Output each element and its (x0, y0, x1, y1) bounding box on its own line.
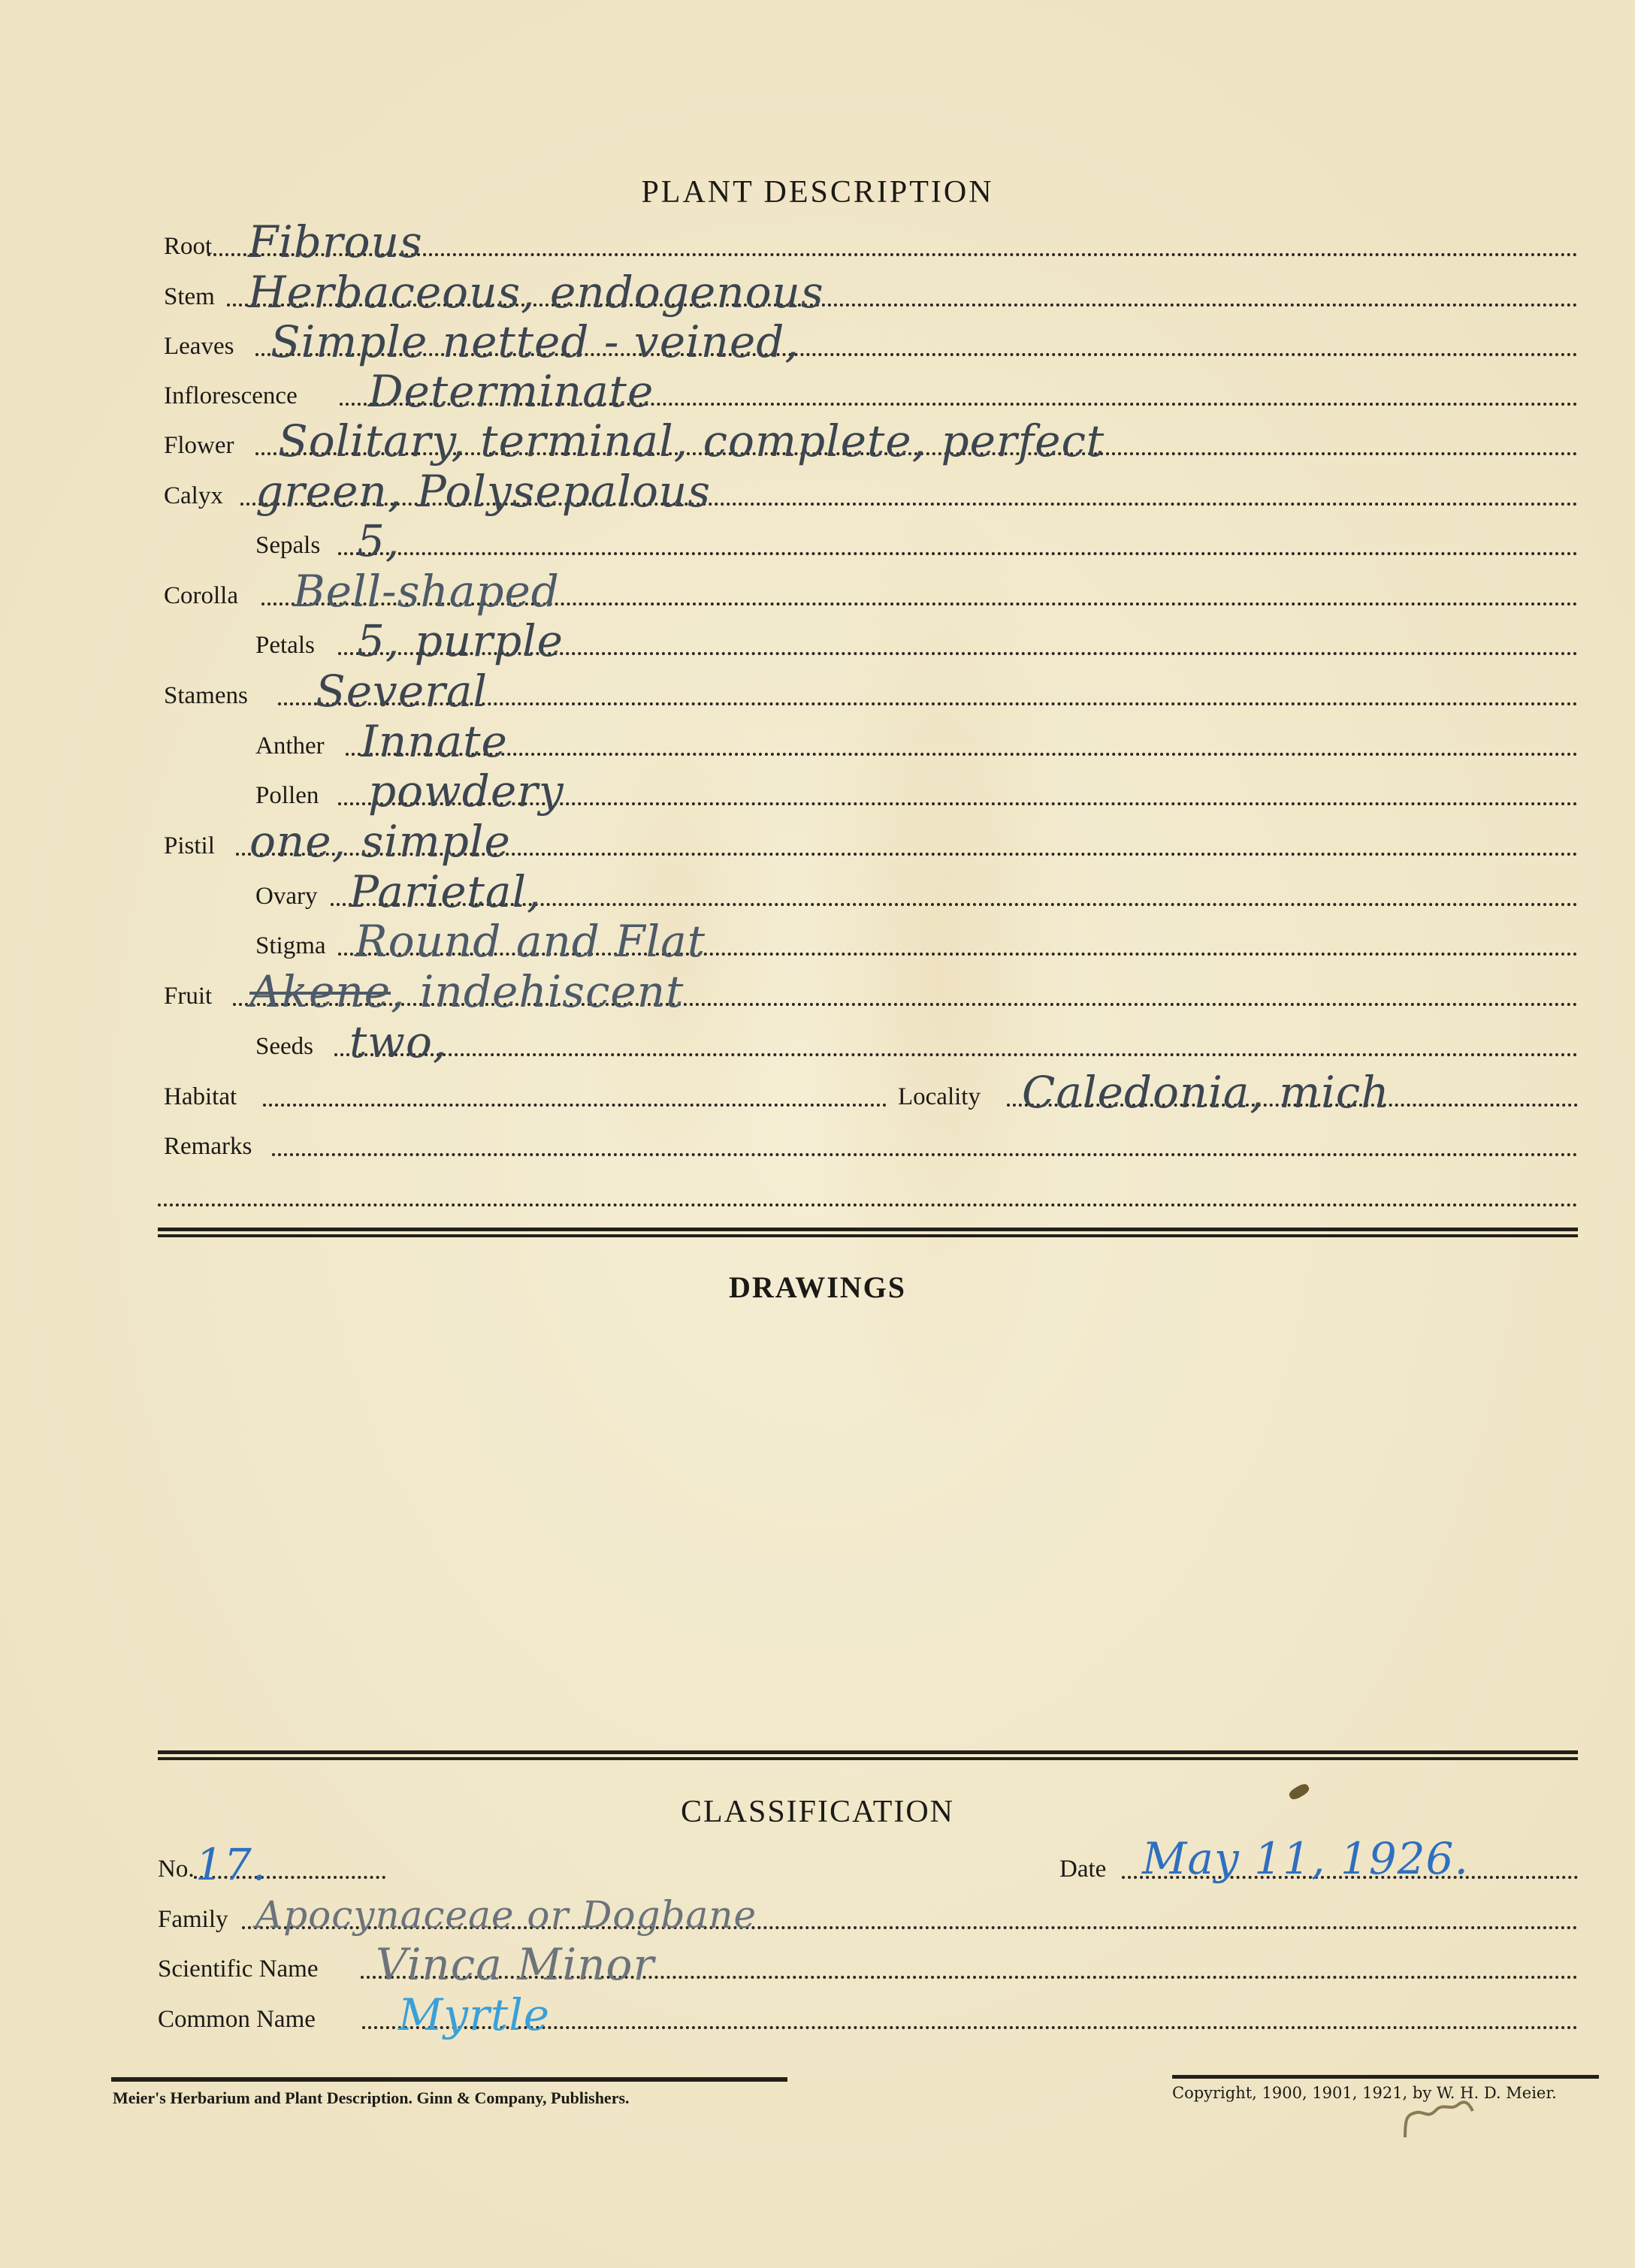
field-family: Family Apocynaceae or Dogbane (158, 1887, 1578, 1932)
field-remarks: Remarks (158, 1114, 1578, 1159)
field-corolla: Corolla Bell-shaped (158, 563, 1578, 609)
struck-out-value: Akene (249, 966, 391, 1017)
field-value[interactable]: Innate (361, 720, 508, 763)
field-inflorescence: Inflorescence Determinate (158, 364, 1578, 409)
field-label: Ovary (255, 884, 317, 909)
drawings-area[interactable] (158, 1322, 1578, 1743)
dotted-line (272, 1153, 1578, 1156)
date-label: Date (1059, 1857, 1106, 1882)
no-value[interactable]: 17. (195, 1843, 267, 1886)
field-value[interactable]: two, (349, 1020, 447, 1064)
field-value[interactable]: 5, (357, 519, 400, 563)
date-value[interactable]: May 11, 1926. (1142, 1837, 1469, 1880)
classification-title: CLASSIFICATION (0, 1794, 1635, 1830)
field-root: Root Fibrous (158, 214, 1578, 259)
field-sepals: Sepals 5, (158, 513, 1578, 558)
footer-rule-left (111, 2077, 787, 2082)
field-value[interactable]: Round and Flat (355, 920, 706, 963)
field-label: Stem (164, 285, 215, 310)
field-value[interactable]: Akene, indehiscent (249, 970, 684, 1013)
field-no-date: No. 17. Date May 11, 1926. (158, 1837, 1578, 1882)
field-fruit: Fruit Akene, indehiscent (158, 964, 1578, 1009)
field-petals: Petals 5, purple (158, 613, 1578, 658)
scientific-name-value[interactable]: Vinca Minor (376, 1943, 654, 1986)
common-name-label: Common Name (158, 2007, 316, 2032)
field-label: Flower (164, 433, 234, 458)
field-pollen: Pollen powdery (158, 763, 1578, 808)
field-label: Root (164, 234, 212, 259)
field-label: Habitat (164, 1085, 237, 1110)
field-stamens: Stamens Several (158, 663, 1578, 708)
field-ovary: Ovary Parietal, (158, 864, 1578, 909)
dotted-line (263, 1104, 887, 1107)
section-divider (158, 1228, 1578, 1231)
field-value[interactable]: Herbaceous, endogenous (248, 270, 824, 314)
dotted-line (346, 753, 1578, 756)
field-label: Pollen (255, 784, 319, 808)
footer-publisher: Meier's Herbarium and Plant Description.… (113, 2088, 630, 2108)
family-label: Family (158, 1907, 228, 1932)
section-divider (158, 1750, 1578, 1754)
field-label: Remarks (164, 1134, 252, 1159)
locality-label: Locality (898, 1085, 981, 1110)
field-value[interactable]: green, Polysepalous (255, 470, 711, 513)
field-label: Corolla (164, 584, 238, 609)
field-value[interactable]: Bell-shaped (293, 569, 560, 613)
field-label: Inflorescence (164, 384, 298, 409)
field-label: Sepals (255, 533, 320, 558)
footer-rule-right (1172, 2075, 1599, 2079)
dotted-line (334, 1053, 1578, 1056)
dotted-line (158, 1203, 1578, 1206)
field-stigma: Stigma Round and Flat (158, 914, 1578, 959)
field-anther: Anther Innate (158, 714, 1578, 759)
field-label: Leaves (164, 334, 234, 359)
field-value[interactable]: Solitary, terminal, complete, perfect (278, 419, 1105, 463)
field-label: Petals (255, 633, 315, 658)
field-label: Seeds (255, 1034, 313, 1059)
field-stem: Stem Herbaceous, endogenous (158, 264, 1578, 310)
field-common-name: Common Name Myrtle (158, 1987, 1578, 2032)
field-value[interactable]: one, simple (249, 820, 511, 863)
field-value[interactable]: powdery (368, 769, 564, 813)
section-divider (158, 1757, 1578, 1760)
field-label: Stigma (255, 934, 326, 959)
field-label: Stamens (164, 684, 248, 708)
common-name-value[interactable]: Myrtle (398, 1993, 550, 2037)
field-value[interactable]: Simple netted - veined, (270, 320, 799, 364)
field-label: Anther (255, 734, 325, 759)
field-value[interactable]: Fibrous (248, 220, 423, 264)
field-value[interactable]: Parietal, (349, 870, 541, 914)
specimen-fiber (1398, 2096, 1503, 2141)
no-label: No. (158, 1857, 195, 1882)
field-label: Calyx (164, 484, 223, 509)
field-scientific-name: Scientific Name Vinca Minor (158, 1937, 1578, 1982)
drawings-title: DRAWINGS (0, 1270, 1635, 1305)
field-pistil: Pistil one, simple (158, 814, 1578, 859)
locality-value[interactable]: Caledonia, mich (1022, 1071, 1390, 1114)
remarks-continuation (158, 1164, 1578, 1209)
field-flower: Flower Solitary, terminal, complete, per… (158, 413, 1578, 458)
field-label: Fruit (164, 984, 212, 1009)
family-value[interactable]: Apocynaceae or Dogbane (255, 1893, 757, 1937)
field-value[interactable]: Determinate (368, 370, 654, 413)
scientific-name-label: Scientific Name (158, 1957, 319, 1982)
field-seeds: Seeds two, (158, 1014, 1578, 1059)
field-value[interactable]: 5, purple (357, 619, 564, 663)
field-label: Pistil (164, 834, 215, 859)
field-habitat-locality: Habitat Locality Caledonia, mich (158, 1065, 1578, 1110)
field-calyx: Calyx green, Polysepalous (158, 464, 1578, 509)
plant-description-title: PLANT DESCRIPTION (0, 174, 1635, 210)
field-leaves: Leaves Simple netted - veined, (158, 314, 1578, 359)
dotted-line (338, 552, 1578, 555)
field-value[interactable]: Several (316, 669, 488, 713)
section-divider (158, 1234, 1578, 1237)
corrected-value: , indehiscent (391, 966, 684, 1017)
